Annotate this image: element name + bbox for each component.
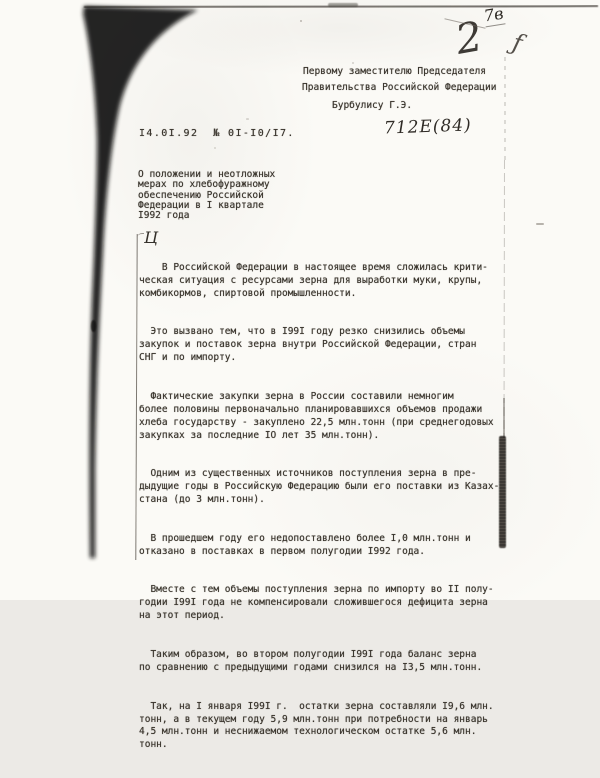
handwritten-registry-code: 712Е(84) — [384, 115, 472, 138]
scanned-document-page: 2 7в ƒ 712Е(84) Ц Первому заместителю Пр… — [0, 0, 600, 600]
addressee-line-1: Первому заместителю Председателя — [303, 66, 486, 78]
handwritten-corner-code: 7в — [482, 4, 505, 28]
handwritten-flourish: ƒ — [510, 28, 525, 57]
scan-speckle — [214, 147, 216, 149]
reference-date-number: I4.0I.92 № 0I-I0/I7. — [139, 128, 295, 141]
paragraph-3: Фактические закупки зерна в России соста… — [139, 391, 499, 443]
scan-speckle — [536, 223, 544, 225]
paragraph-2: Это вызвано тем, что в I99I году резко с… — [139, 326, 499, 365]
right-fold-line-lower — [504, 160, 505, 436]
addressee-line-2: Правительства Российской Федерации — [302, 82, 496, 94]
addressee-line-3: Бурбулису Г.Э. — [332, 100, 412, 112]
scan-speckle — [246, 118, 249, 120]
paragraph-5: В прошедшем году его недопоставлено боле… — [139, 533, 499, 559]
paragraph-4: Одним из существенных источников поступл… — [139, 468, 499, 507]
handwritten-sheet-number: 2 — [452, 12, 486, 64]
body-text: В Российской Федерации в настоящее время… — [139, 236, 499, 600]
binding-edge-stub — [503, 398, 505, 438]
paragraph-1: В Российской Федерации в настоящее время… — [139, 262, 499, 301]
fold-knot — [91, 320, 96, 332]
scan-speckle — [300, 20, 302, 22]
paragraph-6: Вместе с тем объемы поступления зерна по… — [139, 584, 499, 600]
top-edge-line — [84, 6, 598, 7]
binding-stitch-band — [499, 436, 506, 548]
margin-pen-line-hook — [137, 233, 144, 239]
subject-block: О положении и неотложных мерах по хлебоф… — [138, 170, 275, 221]
margin-pen-line — [135, 234, 138, 560]
scan-speckle — [352, 62, 354, 64]
top-edge-blip — [328, 3, 358, 7]
